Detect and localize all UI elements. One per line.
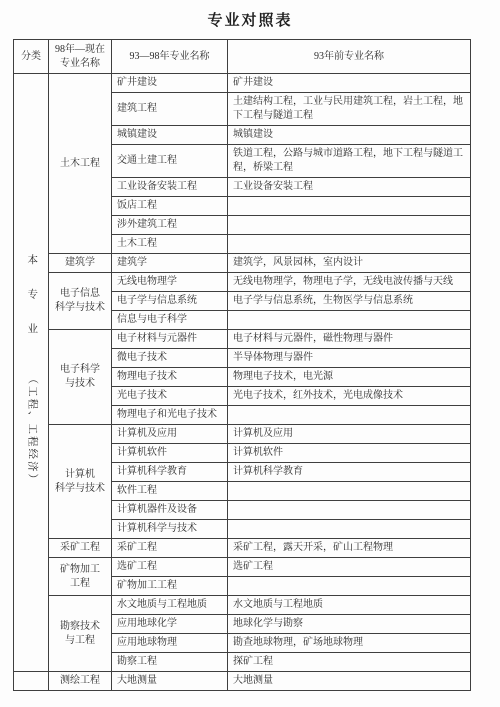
major-pre-93-cell: 铁道工程，公路与城市道路工程，地下工程与隧道工程，桥梁工程: [228, 145, 471, 178]
group-name-cell: 建筑学: [49, 254, 112, 273]
major-pre-93-cell: 选矿工程: [228, 558, 471, 577]
major-pre-93-cell: 采矿工程，露天开采，矿山工程物理: [228, 539, 471, 558]
header-98-now: 98年—现在专业名称: [49, 40, 112, 74]
major-pre-93-cell: 计算机科学教育: [228, 463, 471, 482]
table-row: 采矿工程采矿工程采矿工程，露天开采，矿山工程物理: [14, 539, 471, 558]
major-93-98-cell: 计算机及应用: [112, 425, 228, 444]
major-pre-93-cell: 无线电物理学，物理电子学，无线电波传播与天线: [228, 273, 471, 292]
header-93-98: 93—98年专业名称: [112, 40, 228, 74]
page-title: 专业对照表: [0, 9, 500, 30]
major-pre-93-cell: 半导体物理与器件: [228, 349, 471, 368]
major-pre-93-cell: [228, 520, 471, 539]
major-pre-93-cell: 大地测量: [228, 672, 471, 691]
major-pre-93-cell: 地球化学与勘察: [228, 615, 471, 634]
major-93-98-cell: 软件工程: [112, 482, 228, 501]
table-row: 本专业（工程、工程经济）土木工程矿井建设矿井建设: [14, 74, 471, 93]
table-row: 测绘工程大地测量大地测量: [14, 672, 471, 691]
major-93-98-cell: 水文地质与工程地质: [112, 596, 228, 615]
table-row: 建筑学建筑学建筑学，风景园林，室内设计: [14, 254, 471, 273]
group-name-cell: 土木工程: [49, 74, 112, 254]
major-pre-93-cell: 土建结构工程，工业与民用建筑工程，岩土工程，地下工程与隧道工程: [228, 93, 471, 126]
major-93-98-cell: 物理电子和光电子技术: [112, 406, 228, 425]
major-93-98-cell: 涉外建筑工程: [112, 216, 228, 235]
table-row: 矿物加工 工程选矿工程选矿工程: [14, 558, 471, 577]
group-name-cell: 计算机 科学与技术: [49, 425, 112, 539]
major-pre-93-cell: 建筑学，风景园林，室内设计: [228, 254, 471, 273]
major-pre-93-cell: [228, 406, 471, 425]
major-93-98-cell: 工业设备安装工程: [112, 178, 228, 197]
major-93-98-cell: 计算机器件及设备: [112, 501, 228, 520]
major-pre-93-cell: 城镇建设: [228, 126, 471, 145]
group-name-cell: 电子信息 科学与技术: [49, 273, 112, 330]
major-93-98-cell: 光电子技术: [112, 387, 228, 406]
major-pre-93-cell: [228, 311, 471, 330]
major-93-98-cell: 采矿工程: [112, 539, 228, 558]
major-pre-93-cell: 矿井建设: [228, 74, 471, 93]
major-pre-93-cell: 计算机软件: [228, 444, 471, 463]
major-93-98-cell: 无线电物理学: [112, 273, 228, 292]
major-pre-93-cell: [228, 577, 471, 596]
major-93-98-cell: 微电子技术: [112, 349, 228, 368]
header-category: 分类: [14, 40, 49, 74]
major-pre-93-cell: [228, 501, 471, 520]
major-93-98-cell: 勘察工程: [112, 653, 228, 672]
major-93-98-cell: 应用地球物理: [112, 634, 228, 653]
major-93-98-cell: 矿物加工工程: [112, 577, 228, 596]
major-pre-93-cell: [228, 235, 471, 254]
major-93-98-cell: 计算机软件: [112, 444, 228, 463]
document-page: 专业对照表 分类 98年—现在专业名称 93—98年专业名称 93年前专业名称 …: [0, 0, 500, 707]
major-93-98-cell: 建筑工程: [112, 93, 228, 126]
category-label-main: 本专业: [26, 254, 37, 374]
major-pre-93-cell: 物理电子技术，电光源: [228, 368, 471, 387]
group-name-cell: 勘察技术 与工程: [49, 596, 112, 672]
major-pre-93-cell: [228, 197, 471, 216]
major-93-98-cell: 计算机科学与技术: [112, 520, 228, 539]
major-pre-93-cell: 探矿工程: [228, 653, 471, 672]
major-93-98-cell: 城镇建设: [112, 126, 228, 145]
major-93-98-cell: 大地测量: [112, 672, 228, 691]
table-row: 计算机 科学与技术计算机及应用计算机及应用: [14, 425, 471, 444]
major-pre-93-cell: 计算机及应用: [228, 425, 471, 444]
major-93-98-cell: 物理电子技术: [112, 368, 228, 387]
category-cell: 本专业（工程、工程经济）: [14, 74, 49, 672]
major-93-98-cell: 矿井建设: [112, 74, 228, 93]
group-name-cell: 电子科学 与技术: [49, 330, 112, 425]
group-name-cell: 测绘工程: [49, 672, 112, 691]
table-row: 勘察技术 与工程水文地质与工程地质水文地质与工程地质: [14, 596, 471, 615]
major-93-98-cell: 建筑学: [112, 254, 228, 273]
major-93-98-cell: 选矿工程: [112, 558, 228, 577]
major-93-98-cell: 信息与电子科学: [112, 311, 228, 330]
category-empty-cell: [14, 672, 49, 691]
major-93-98-cell: 土木工程: [112, 235, 228, 254]
major-pre-93-cell: [228, 216, 471, 235]
table-header-row: 分类 98年—现在专业名称 93—98年专业名称 93年前专业名称: [14, 40, 471, 74]
major-pre-93-cell: 工业设备安装工程: [228, 178, 471, 197]
table-row: 电子信息 科学与技术无线电物理学无线电物理学，物理电子学，无线电波传播与天线: [14, 273, 471, 292]
major-pre-93-cell: [228, 482, 471, 501]
major-93-98-cell: 电子学与信息系统: [112, 292, 228, 311]
major-93-98-cell: 饭店工程: [112, 197, 228, 216]
category-label-paren: （工程、工程经济）: [26, 374, 37, 487]
header-pre-93: 93年前专业名称: [228, 40, 471, 74]
major-comparison-table: 分类 98年—现在专业名称 93—98年专业名称 93年前专业名称 本专业（工程…: [13, 39, 471, 691]
major-pre-93-cell: 水文地质与工程地质: [228, 596, 471, 615]
category-vertical-label: 本专业（工程、工程经济）: [26, 254, 37, 486]
table-row: 电子科学 与技术电子材料与元器件电子材料与元器件，磁性物理与器件: [14, 330, 471, 349]
major-93-98-cell: 交通土建工程: [112, 145, 228, 178]
group-name-cell: 采矿工程: [49, 539, 112, 558]
major-93-98-cell: 计算机科学教育: [112, 463, 228, 482]
major-pre-93-cell: 电子材料与元器件，磁性物理与器件: [228, 330, 471, 349]
major-93-98-cell: 电子材料与元器件: [112, 330, 228, 349]
group-name-cell: 矿物加工 工程: [49, 558, 112, 596]
major-pre-93-cell: 光电子技术，红外技术，光电成像技术: [228, 387, 471, 406]
major-pre-93-cell: 勘查地球物理，矿场地球物理: [228, 634, 471, 653]
major-pre-93-cell: 电子学与信息系统，生物医学与信息系统: [228, 292, 471, 311]
major-93-98-cell: 应用地球化学: [112, 615, 228, 634]
table-body: 本专业（工程、工程经济）土木工程矿井建设矿井建设建筑工程土建结构工程，工业与民用…: [14, 74, 471, 691]
